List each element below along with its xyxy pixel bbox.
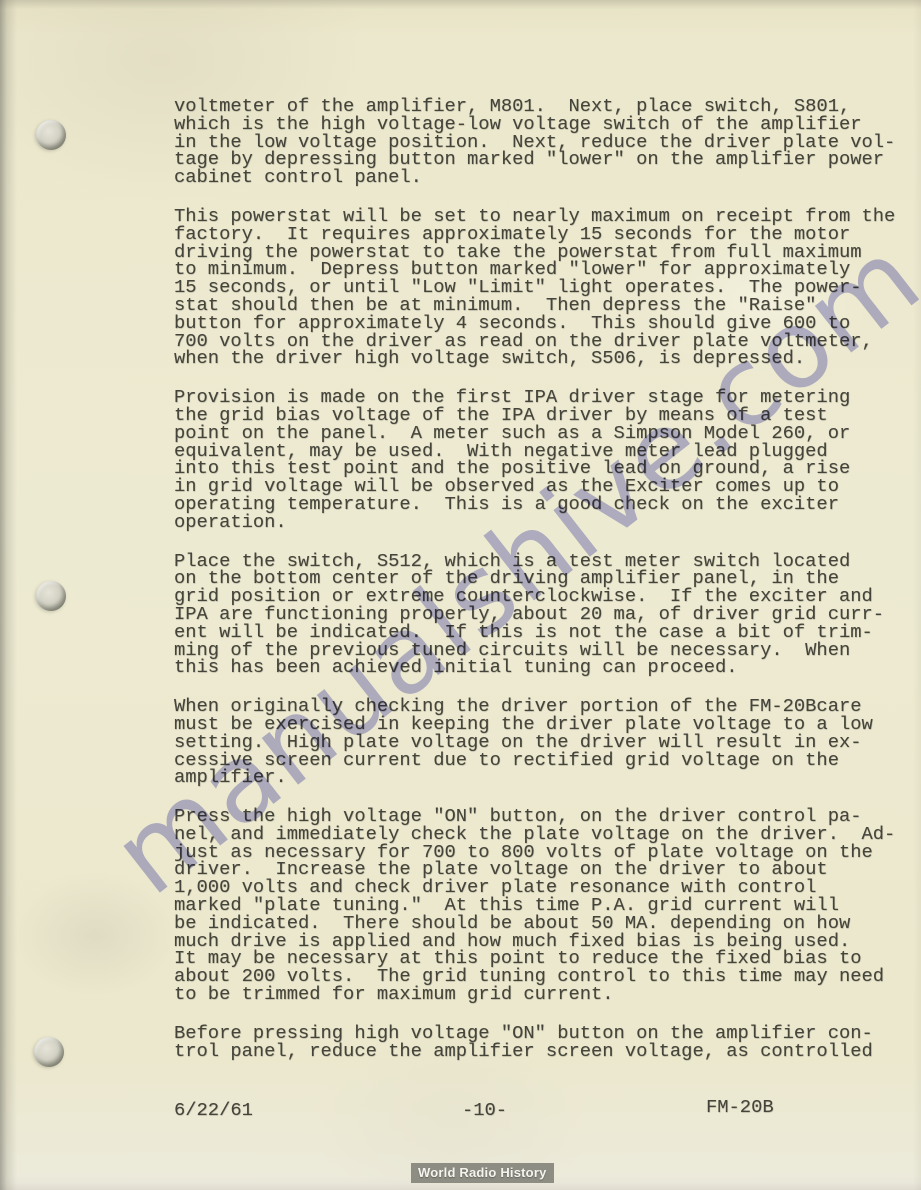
hole-punch-bottom (34, 1037, 64, 1067)
paragraph-6: Press the high voltage "ON" button, on t… (174, 808, 914, 1004)
hole-punch-middle (36, 581, 66, 611)
hole-punch-top (36, 120, 66, 150)
paragraph-2: This powerstat will be set to nearly max… (174, 208, 914, 368)
paragraph-1: voltmeter of the amplifier, M801. Next, … (174, 98, 914, 187)
footer-doc-number: FM-20B (706, 1096, 774, 1118)
paragraph-5: When originally checking the driver port… (174, 698, 914, 787)
document-body: voltmeter of the amplifier, M801. Next, … (174, 98, 914, 1081)
paragraph-7: Before pressing high voltage "ON" button… (174, 1025, 914, 1061)
footer-page-number: -10- (462, 1099, 507, 1121)
footer-date: 6/22/61 (174, 1099, 253, 1121)
paragraph-3: Provision is made on the first IPA drive… (174, 389, 914, 531)
scanned-page: voltmeter of the amplifier, M801. Next, … (0, 0, 921, 1190)
paragraph-4: Place the switch, S512, which is a test … (174, 553, 914, 678)
world-radio-history-badge: World Radio History (411, 1163, 554, 1183)
